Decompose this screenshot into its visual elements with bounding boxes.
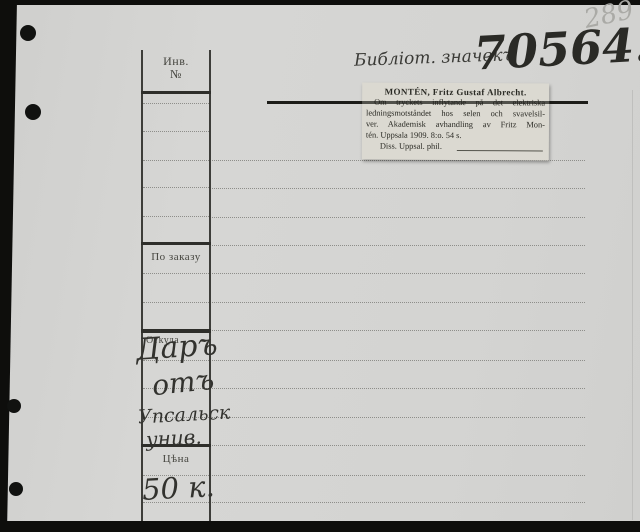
column-divider-left [141, 50, 143, 521]
inventory-number-label: Инв. № [141, 55, 211, 81]
ruled-line [143, 160, 209, 161]
scan-edge-bottom [0, 521, 640, 532]
card-right-edge [632, 90, 633, 520]
inventory-label-line2: № [141, 68, 211, 81]
catalog-card-scan: Инв. № По заказу Откуда Цѣна Библіот. зн… [0, 0, 640, 532]
slip-body-line: ledningsmotståndet hos selen och svavels… [366, 108, 545, 120]
entry-rule [549, 101, 588, 104]
handwritten-price-value: 50 к. [141, 469, 215, 507]
handwritten-origin-word: унив. [145, 425, 202, 452]
slip-author-heading: MONTÉN, Fritz Gustaf Albrecht. [362, 87, 549, 98]
ruled-line [212, 188, 585, 189]
ruled-line [212, 502, 585, 503]
ruled-line [143, 302, 209, 303]
ruled-line [212, 417, 585, 418]
section-separator [141, 242, 211, 245]
card-paper [0, 0, 640, 532]
scan-edge-top [0, 0, 640, 5]
ruled-line [212, 360, 585, 361]
ruled-line [212, 245, 585, 246]
slip-body: Om tryckets inflytande på det elektriska… [362, 97, 549, 154]
ruled-line [143, 131, 209, 132]
ruled-line [212, 445, 585, 446]
ruled-line [212, 330, 585, 331]
by-order-label: По заказу [141, 251, 211, 264]
ruled-line [143, 103, 209, 104]
handwritten-origin-word: Даръ [135, 327, 219, 368]
ruled-line [212, 302, 585, 303]
ruled-line [143, 273, 209, 274]
handwritten-origin-word: отъ [150, 363, 215, 402]
price-label: Цѣна [141, 453, 211, 466]
ruled-line [212, 388, 585, 389]
ruled-line [212, 475, 585, 476]
punch-hole [9, 482, 23, 496]
slip-body-line: ver. Akademisk avhandling av Fritz Mon- [366, 119, 545, 131]
punch-hole [25, 104, 41, 120]
ruled-line [212, 273, 585, 274]
ruled-line [143, 216, 209, 217]
entry-rule-showthrough [362, 101, 549, 104]
slip-body-line: tén. Uppsala 1909. 8:o. 54 s. [366, 130, 545, 142]
ruled-line [143, 187, 209, 188]
punch-hole [20, 25, 36, 41]
pasted-bibliographic-slip: MONTÉN, Fritz Gustaf Albrecht. Om trycke… [362, 83, 549, 161]
column-divider-right [209, 50, 211, 521]
ruled-line [212, 217, 585, 218]
punch-hole [7, 399, 21, 413]
section-separator [141, 91, 211, 94]
entry-rule [267, 101, 363, 104]
